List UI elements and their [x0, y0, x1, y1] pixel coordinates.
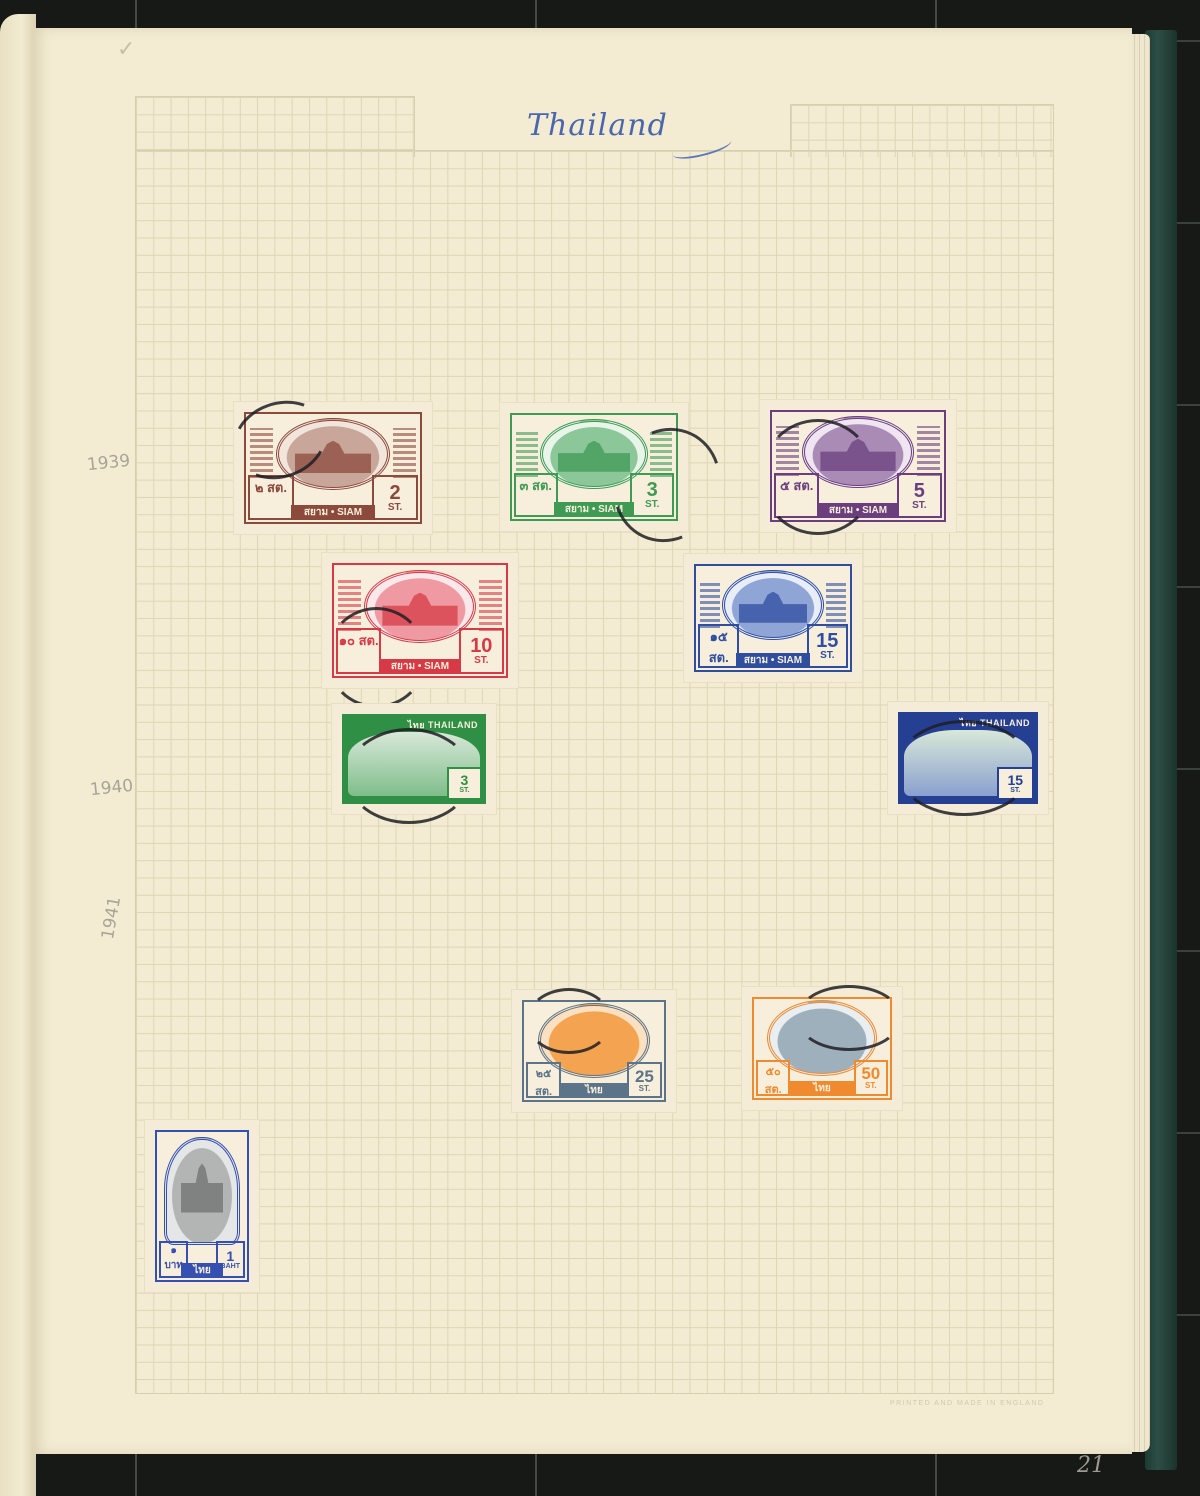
country-label: สยาม • SIAM	[291, 505, 375, 520]
postmark-icon	[326, 607, 427, 708]
imprint-text: PRINTED AND MADE IN ENGLAND	[890, 1400, 1044, 1407]
postmark-icon	[346, 728, 472, 824]
grid-top-left	[135, 96, 415, 157]
pencil-checkmark: ✓	[117, 36, 135, 62]
country-label: ไทย	[789, 1081, 856, 1096]
thai-value: ๑๕ สต.	[698, 624, 739, 668]
postmark-icon	[896, 720, 1032, 816]
stamp-25st-ploughing[interactable]: ๒๕ สต. ไทย 25ST.	[512, 990, 676, 1112]
year-label-1941: 1941	[98, 895, 125, 941]
stamp-1baht-pavilion[interactable]: ๑ บาท ไทย 1BAHT	[145, 1120, 259, 1292]
value-box: 10ST.	[459, 628, 504, 674]
postmark-icon	[760, 419, 876, 535]
stamp-15st-siam[interactable]: ๑๕ สต. สยาม • SIAM 15ST.	[684, 554, 862, 682]
year-label-1939: 1939	[86, 451, 131, 475]
country-label: ไทย	[560, 1083, 629, 1098]
postmark-icon	[796, 985, 902, 1051]
thai-value: ๒๕ สต.	[526, 1062, 561, 1098]
thai-value: ๒ สต.	[248, 475, 294, 520]
stamp-3st-thailand[interactable]: ไทย THAILAND 3ST.	[332, 704, 496, 814]
stamp-15st-thailand[interactable]: ไทย THAILAND 15ST.	[888, 702, 1048, 814]
value-box: 50ST.	[854, 1060, 888, 1096]
stamp-10st-siam[interactable]: ๑๐ สต. สยาม • SIAM 10ST.	[322, 553, 518, 688]
thai-value: ๓ สต.	[514, 473, 558, 517]
value-box: 2ST.	[372, 475, 418, 520]
value-box: 5ST.	[897, 473, 942, 518]
postmark-icon	[526, 988, 612, 1054]
stamp-3st-siam[interactable]: ๓ สต. สยาม • SIAM 3ST.	[500, 403, 688, 531]
country-label: สยาม • SIAM	[736, 653, 811, 668]
thai-value: ๕๐ สต.	[756, 1060, 790, 1096]
value-box: 15ST.	[807, 624, 848, 668]
stamp-2st-siam[interactable]: ๒ สต. สยาม • SIAM 2ST.	[234, 402, 432, 534]
page-number: 21	[1077, 1453, 1105, 1478]
value-box: 25ST.	[627, 1062, 662, 1098]
value-box: 1BAHT	[216, 1241, 245, 1278]
year-label-1940: 1940	[89, 776, 134, 800]
stamp-50st-ploughing[interactable]: ๕๐ สต. ไทย 50ST.	[742, 987, 902, 1110]
stamp-5st-siam[interactable]: ๕ สต. สยาม • SIAM 5ST.	[760, 400, 956, 532]
facing-page-edge	[0, 14, 36, 1496]
